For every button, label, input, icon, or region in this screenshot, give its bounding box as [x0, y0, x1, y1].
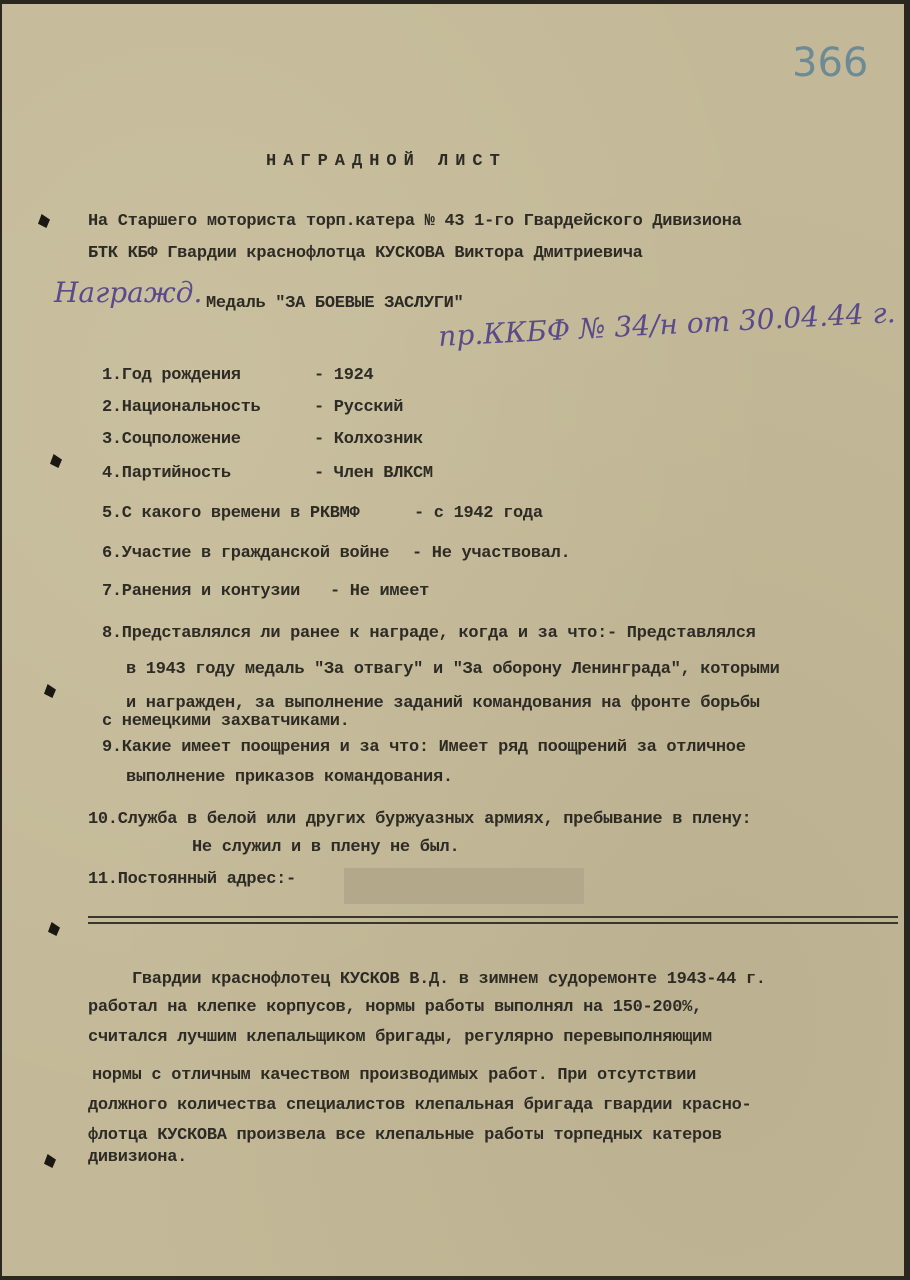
item-8-line-3: и награжден, за выполнение заданий коман… [126, 694, 760, 713]
handwritten-order-reference: пр.ККБФ № 34/н от 30.04.44 г. [437, 296, 896, 353]
item-9-line-2: выполнение приказов командования. [126, 768, 453, 787]
narrative-line-5: должного количества специалистов клепаль… [88, 1096, 751, 1115]
punch-hole-icon [50, 454, 62, 468]
item-8-line-4: с немецкими захватчиками. [102, 712, 350, 731]
item-1-label: 1.Год рождения [102, 366, 241, 385]
item-8-line-1: 8.Представлялся ли ранее к награде, когд… [102, 624, 756, 643]
handwritten-awarded: Награжд. [54, 276, 202, 309]
archive-page-number: 366 [792, 40, 868, 86]
item-3-value: - Колхозник [314, 430, 423, 449]
separator-line [88, 922, 898, 924]
item-2-label: 2.Национальность [102, 398, 260, 417]
item-4-value: - Член ВЛКСМ [314, 464, 433, 483]
item-3-label: 3.Соцположение [102, 430, 241, 449]
item-1-value: - 1924 [314, 366, 373, 385]
item-4-label: 4.Партийность [102, 464, 231, 483]
award-sheet-page: 366 НАГРАДНОЙ ЛИСТ На Старшего моториста… [2, 4, 904, 1276]
nominee-line-2: БТК КБФ Гвардии краснофлотца КУСКОВА Вик… [88, 244, 643, 263]
narrative-line-3: считался лучшим клепальщиком бригады, ре… [88, 1028, 712, 1047]
award-medal: Медаль "ЗА БОЕВЫЕ ЗАСЛУГИ" [206, 294, 463, 313]
punch-hole-icon [44, 1154, 56, 1168]
item-9-line-1: 9.Какие имеет поощрения и за что: Имеет … [102, 738, 746, 757]
item-6-label: 6.Участие в гражданской войне [102, 544, 389, 563]
item-5-label: 5.С какого времени в РКВМФ [102, 504, 359, 523]
narrative-line-2: работал на клепке корпусов, нормы работы… [88, 998, 702, 1017]
narrative-line-4: нормы с отличным качеством производимых … [92, 1066, 696, 1085]
punch-hole-icon [38, 214, 50, 228]
punch-hole-icon [44, 684, 56, 698]
document-title: НАГРАДНОЙ ЛИСТ [266, 152, 507, 171]
separator-line [88, 916, 898, 918]
item-2-value: - Русский [314, 398, 403, 417]
item-8-line-2: в 1943 году медаль "За отвагу" и "За обо… [126, 660, 780, 679]
narrative-line-6: флотца КУСКОВА произвела все клепальные … [88, 1126, 722, 1145]
redacted-address [344, 868, 584, 904]
item-10-line-1: 10.Служба в белой или других буржуазных … [88, 810, 751, 829]
narrative-line-7: дивизиона. [88, 1148, 187, 1167]
item-11-label: 11.Постоянный адрес:- [88, 870, 296, 889]
item-6-value: - Не участвовал. [412, 544, 570, 563]
item-7-label: 7.Ранения и контузии [102, 582, 300, 601]
item-7-value: - Не имеет [330, 582, 429, 601]
narrative-line-1: Гвардии краснофлотец КУСКОВ В.Д. в зимне… [132, 970, 766, 989]
item-10-line-2: Не служил и в плену не был. [192, 838, 459, 857]
item-5-value: - с 1942 года [414, 504, 543, 523]
nominee-line-1: На Старшего моториста торп.катера № 43 1… [88, 212, 742, 231]
punch-hole-icon [48, 922, 60, 936]
